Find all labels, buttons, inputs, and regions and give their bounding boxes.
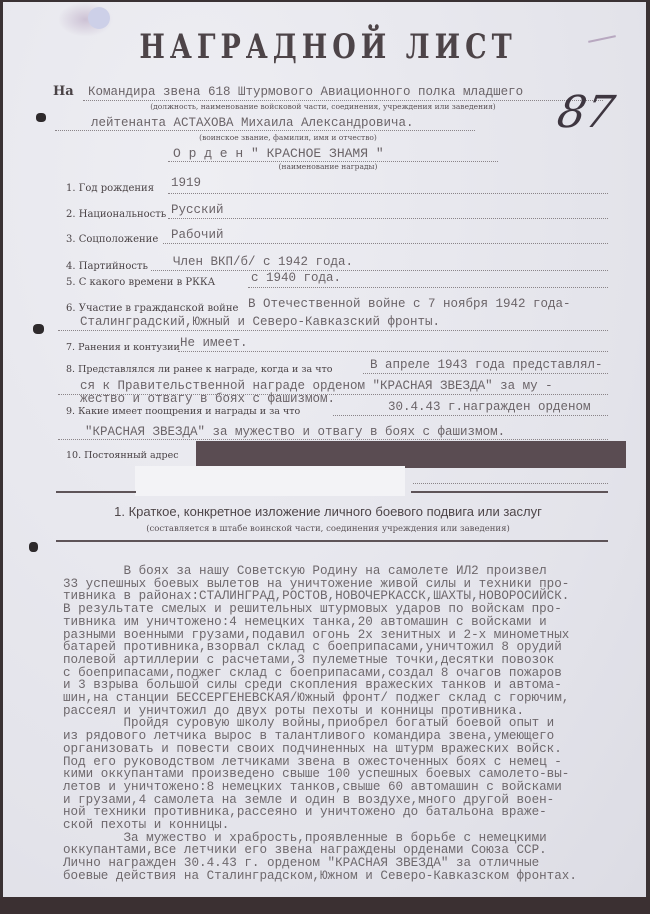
dotted-line [363,373,608,374]
dotted-line [413,483,608,484]
field-value-civil-war: В Отечественной войне с 7 ноября 1942 го… [248,297,571,311]
scan-border [0,897,650,914]
narrative-line: шин,на станции БЕССЕРГЕНЕВСКАЯ/Южный фро… [63,692,646,705]
field-label-party: 4. Партийность [66,261,148,272]
field-label-nationality: 2. Национальность [66,209,166,220]
header-position: Командира звена 618 Штурмового Авиационн… [88,85,523,99]
ink-blot [33,324,44,334]
horizontal-rule [56,540,608,542]
field-value-social-status: Рабочий [171,228,224,242]
dotted-line [163,243,608,244]
narrative-line: Лично награжден 30.4.43 г. орденом "КРАС… [63,857,646,870]
field-value-civil-war-cont: Сталинградский,Южный и Северо-Кавказский… [80,315,440,329]
handwritten-number: 87 [554,87,619,138]
field-value-awards-cont: "КРАСНАЯ ЗВЕЗДА" за мужество и отвагу в … [85,425,505,439]
ink-blot [36,113,46,122]
dotted-line [248,287,608,288]
ink-blot [29,542,38,552]
field-label-rkka-since: 5. С какого времени в РККА [66,277,215,288]
dotted-line [168,218,608,219]
field-value-nationality: Русский [171,203,224,217]
field-label-civil-war: 6. Участие в гражданской войне [66,303,238,314]
field-label-previous-award: 8. Представлялся ли ранее к награде, ког… [66,364,332,375]
field-value-birth-year: 1919 [171,176,201,190]
section-subtitle: (составляется в штабе воинской части, со… [3,524,646,534]
field-label-social-status: 3. Соцположение [66,234,158,245]
horizontal-rule [411,491,608,493]
dotted-line [55,130,475,131]
narrative-line: летов и уничтожено:8 немецких танков,свы… [63,781,646,794]
field-value-rkka-since: с 1940 года. [251,271,341,285]
narrative-line: В боях за нашу Советскую Родину на самол… [63,565,646,578]
header-prefix: На [53,84,74,99]
redacted-address [196,441,626,468]
dotted-line [333,415,608,416]
award-sheet: НАГРАДНОЙ ЛИСТ На Командира звена 618 Шт… [3,2,646,897]
field-value-previous-award-cont: ся к Правительственной награде орденом "… [80,379,553,393]
narrative-line: В результате смелых и решительных штурмо… [63,603,646,616]
narrative-line: организовать и повести своих подчиненных… [63,743,646,756]
narrative-line: боевые действия на Сталинградском,Южном … [63,870,646,883]
paper-stain-dot [88,7,110,29]
header-award-caption: (наименование награды) [203,162,453,171]
field-label-birth-year: 1. Год рождения [66,183,154,194]
field-label-address: 10. Постоянный адрес [66,450,179,461]
header-award: О р д е н " КРАСНОЕ ЗНАМЯ " [173,146,384,161]
field-value-previous-award-cont2: жество и отвагу в боях с фашизмом. [80,392,335,406]
dotted-line [58,439,608,440]
document-title: НАГРАДНОЙ ЛИСТ [3,28,646,67]
narrative-line: тивника им уничтожено:4 немецких танка,2… [63,616,646,629]
dotted-line [178,351,608,352]
dotted-line [168,193,608,194]
field-label-wounds: 7. Ранения и контузии [66,342,180,353]
field-value-party: Член ВКП/б/ с 1942 года. [173,255,353,269]
dotted-line [83,100,603,101]
narrative-text: В боях за нашу Советскую Родину на самол… [63,565,646,883]
field-label-awards: 9. Какие имеет поощрения и награды и за … [66,406,300,417]
field-value-previous-award: В апреле 1943 года представлял- [370,358,603,372]
header-name: лейтенанта АСТАХОВА Михаила Александрови… [91,116,414,130]
field-value-wounds: Не имеет. [180,336,248,350]
white-patch [135,466,405,496]
horizontal-rule [56,491,136,493]
dotted-line [151,270,608,271]
section-title: 1. Краткое, конкретное изложение личного… [3,504,646,519]
header-name-caption: (воинское звание, фамилия, имя и отчеств… [153,133,423,142]
dotted-line [58,330,608,331]
narrative-line: ской пехоты и конницы. [63,819,646,832]
narrative-line: полевой артиллерии с расчетами,3 пулемет… [63,654,646,667]
header-position-caption: (должность, наименование войсковой части… [103,102,543,111]
narrative-line: из рядового летчика вырос в талантливого… [63,730,646,743]
field-value-awards: 30.4.43 г.награжден орденом [388,400,591,414]
